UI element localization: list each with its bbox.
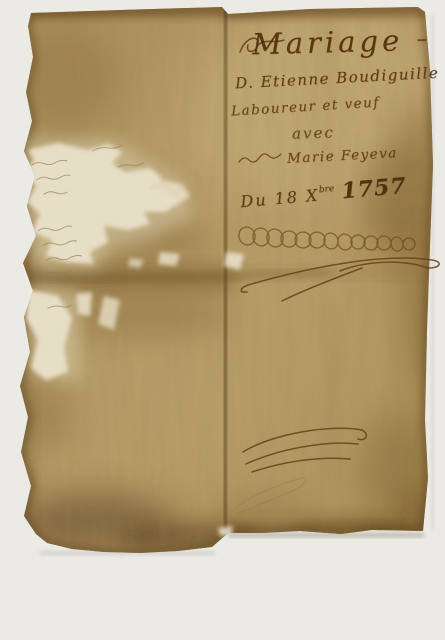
title-text: Mariage [252, 23, 404, 61]
title-dash: – [416, 27, 428, 52]
conjunction-avec: avec [292, 125, 335, 141]
document-scan: Mariage – D. Etienne Boudiguille Laboure… [0, 0, 445, 640]
title-mariage: Mariage – [252, 26, 428, 60]
date-superscript: bre [318, 184, 334, 195]
